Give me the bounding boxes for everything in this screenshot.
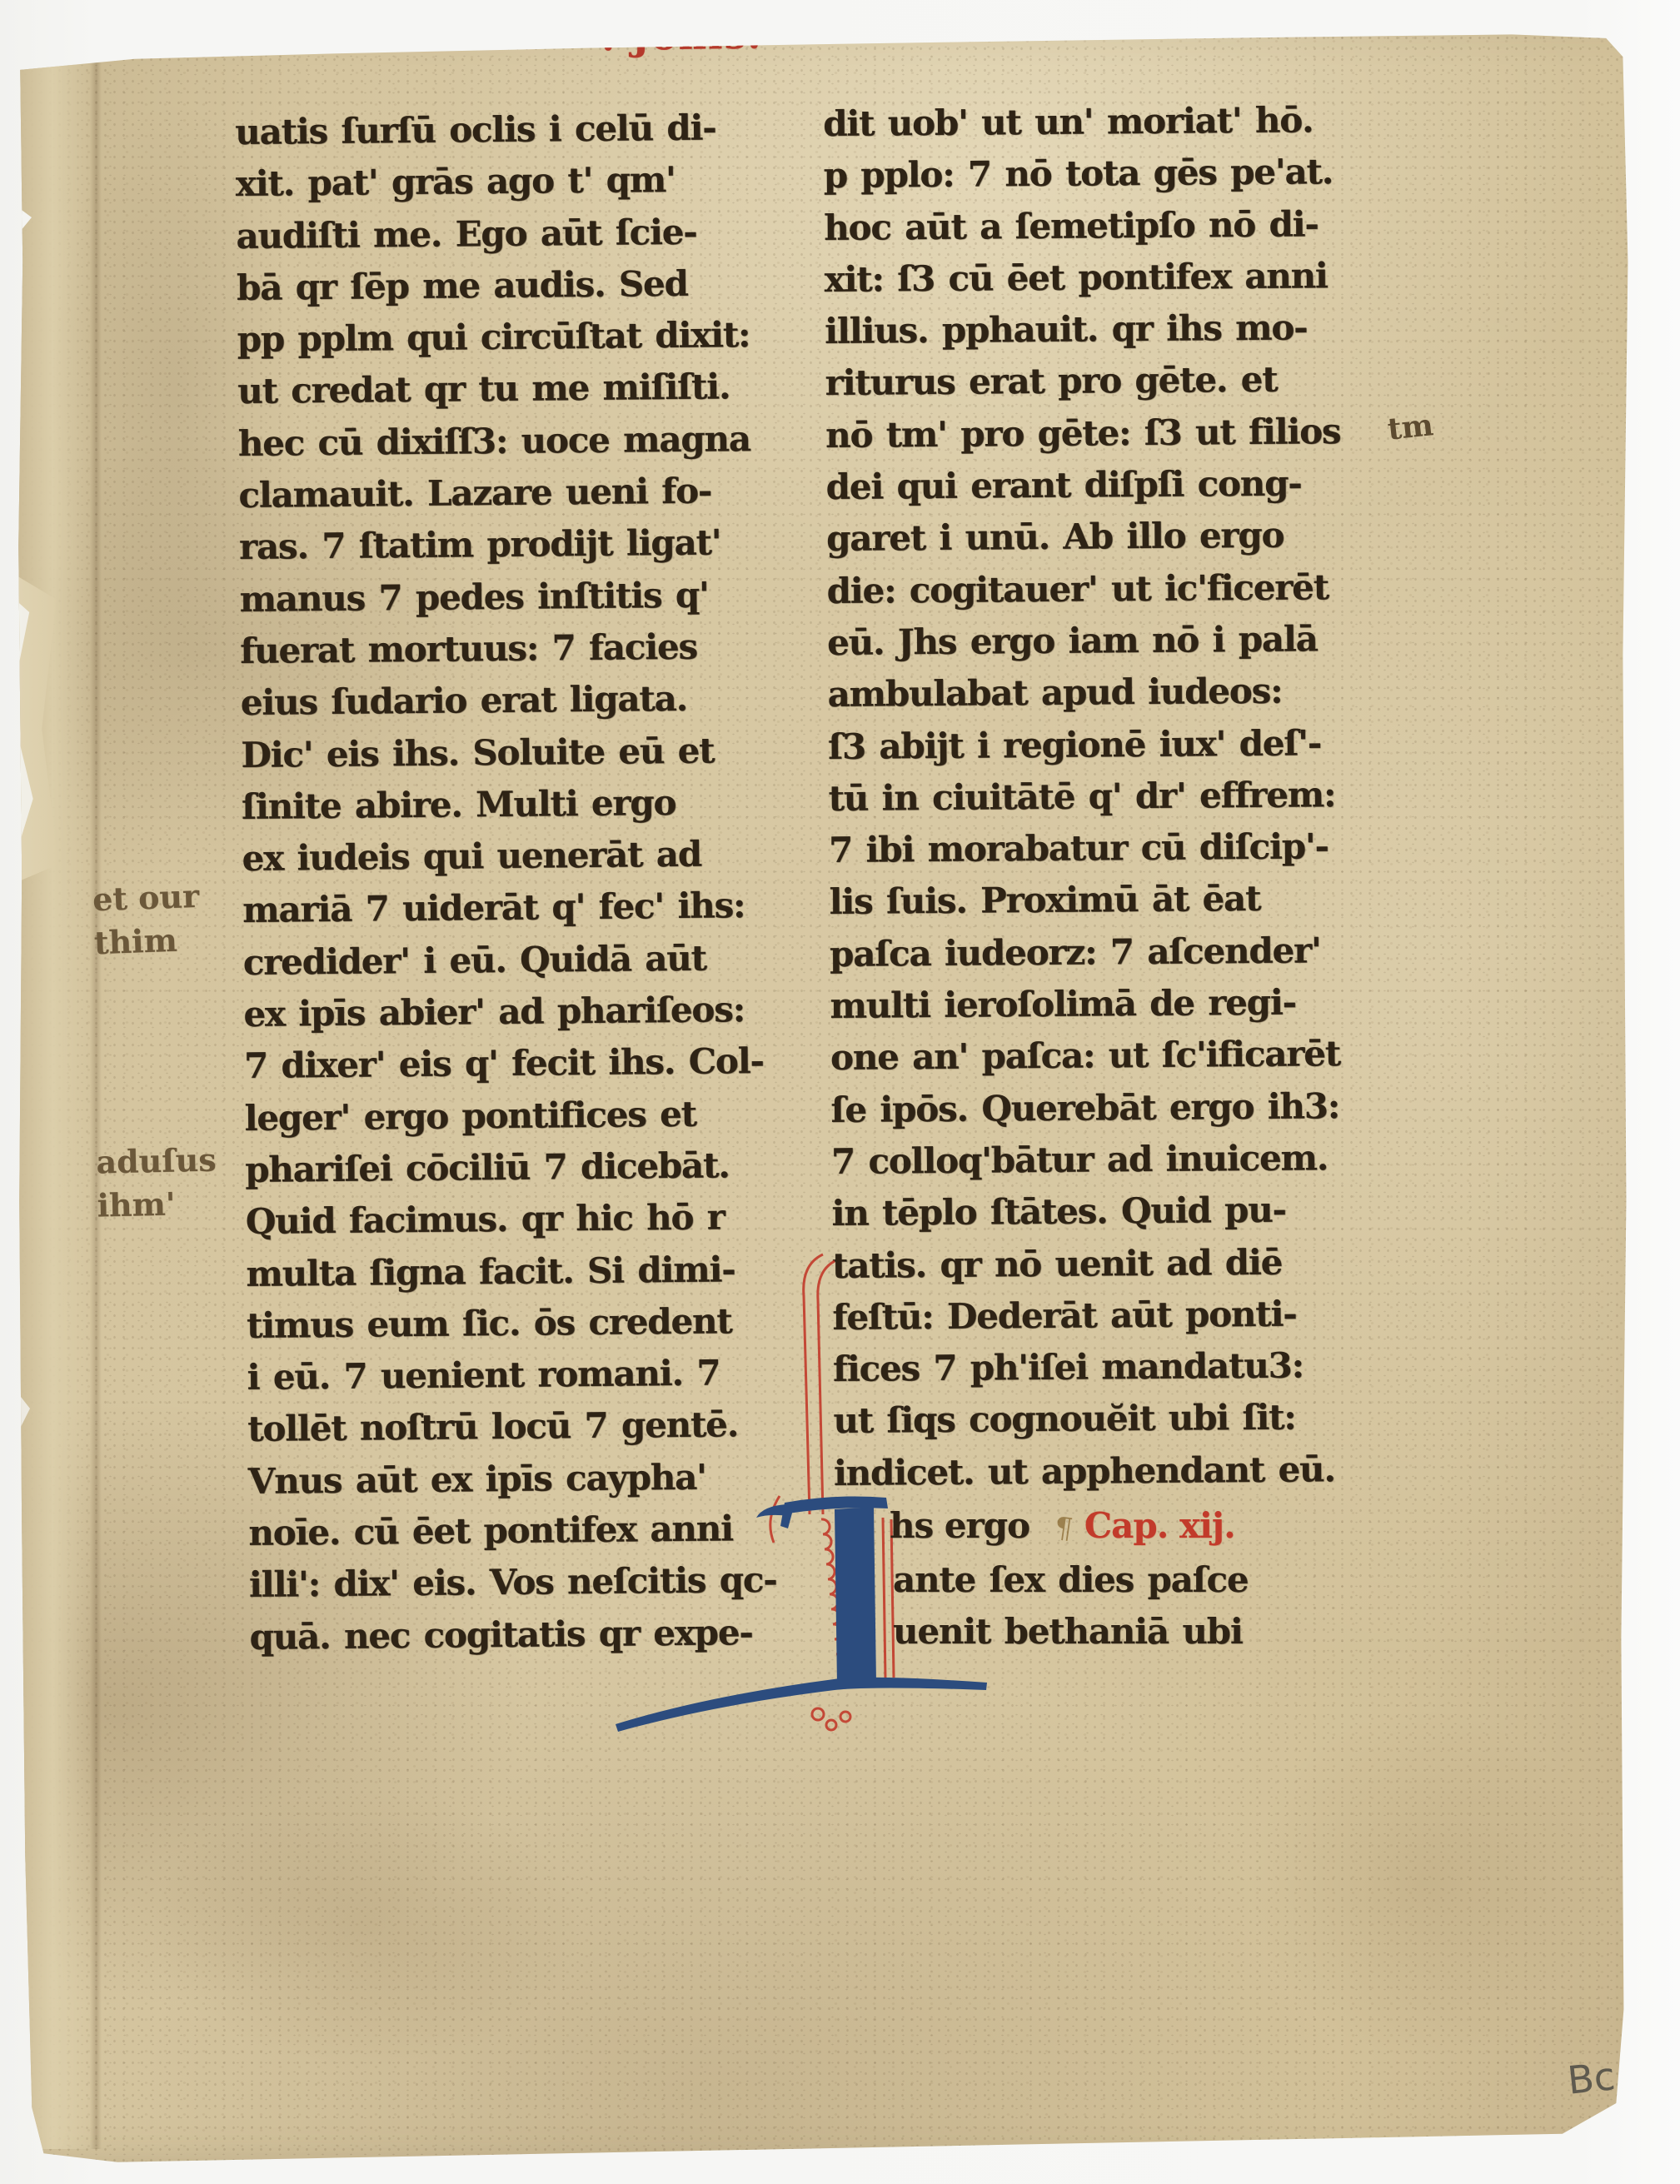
margin-note-line: thim <box>93 918 202 965</box>
manuscript-line: dei qui erant diſpſi cong- <box>825 457 1413 514</box>
manuscript-line: uenit bethaniā ubi <box>823 1606 1411 1658</box>
chapter-opening-lines: ante ſex dies paſceuenit bethaniā ubi <box>823 1554 1411 1658</box>
manuscript-line: ex iudeis qui uenerāt ad <box>242 827 819 885</box>
manuscript-line: bā qr ſēp me audis. Sed <box>237 257 814 314</box>
manuscript-line: 7 dixer' eis q' fecit ihs. Col- <box>244 1035 821 1093</box>
parchment-stain <box>1249 1708 1599 2057</box>
manuscript-line: illius. pphauit. qr ihs mo- <box>825 302 1413 358</box>
manuscript-line: xit. pat' grās ago t' qm' <box>236 153 813 211</box>
manuscript-line: nō tm' pro gēte: ſ3 ut filios <box>825 405 1413 461</box>
manuscript-line: p pplo: 7 nō tota gēs pe'at. <box>823 146 1411 202</box>
parchment-stain <box>150 1791 583 2066</box>
manuscript-line: 7 colloq'bātur ad inuicem. <box>831 1131 1419 1188</box>
gutter-crease <box>90 58 102 2149</box>
manuscript-line: eū. Jhs ergo iam nō i palā <box>827 612 1415 669</box>
parchment-leaf: . Johis. uatis ſurſū oclis i celū di-xit… <box>0 0 1680 2184</box>
manuscript-line: ambulabat apud iudeos: <box>827 665 1415 721</box>
margin-note-adusus-ihm: aduſus ihm' <box>96 1139 217 1228</box>
manuscript-line: clamauit. Lazare ueni fo- <box>238 464 815 521</box>
verse-start-text: hs ergo <box>890 1505 1029 1546</box>
manuscript-line: lis ſuis. Proximū āt ēat <box>829 872 1417 929</box>
manuscript-line: multi ieroſolimā de regi- <box>830 975 1418 1032</box>
margin-note-line: aduſus <box>96 1139 217 1184</box>
manuscript-line: ex ipīs abier' ad phariſeos: <box>243 983 820 1040</box>
manuscript-line: leger' ergo pontifices et <box>244 1087 821 1144</box>
manuscript-line: fuerat mortuus: 7 facies <box>240 620 817 677</box>
manuscript-line: mariā 7 uiderāt q' fec' ihs: <box>242 880 820 937</box>
manuscript-line: ſe ipōs. Querebāt ergo ih3: <box>830 1080 1418 1136</box>
manuscript-line: audiſti me. Ego aūt ſcie- <box>236 205 813 262</box>
chapter-rubric: Cap. xij. <box>1084 1505 1235 1546</box>
manuscript-line: paſca iudeorz: 7 aſcender' <box>830 924 1418 980</box>
manuscript-line: 7 ibi morabatur cū diſcip'- <box>829 820 1417 877</box>
manuscript-line: die: cogitauer' ut ic'ficerēt <box>826 561 1414 617</box>
chapter-opening-row: hs ergo¶Cap. xij. <box>823 1499 1411 1553</box>
manuscript-line: garet i unū. Ab illo ergo <box>826 509 1414 566</box>
manuscript-line: ſ3 abijt i regionē iux' deſ'- <box>828 716 1416 773</box>
manuscript-line: phariſei cōciliū 7 dicebāt. <box>245 1139 822 1196</box>
manuscript-line: xit: ſ3 cū ēet pontifex anni <box>824 249 1412 306</box>
manuscript-line: ras. 7 ſtatim prodijt ligat' <box>239 516 816 574</box>
manuscript-line: eius ſudario erat ligata. <box>241 672 818 730</box>
binding-gutter <box>18 58 95 2149</box>
manuscript-line: credider' i eū. Quidā aūt <box>243 931 820 989</box>
manuscript-line: ſinite abire. Multi ergo <box>242 775 819 833</box>
manuscript-line: uatis ſurſū oclis i celū di- <box>235 101 812 158</box>
illuminated-initial-i <box>608 1216 1008 1741</box>
manuscript-line: pp pplm qui circūſtat dixit: <box>237 309 814 366</box>
paraph-mark-icon: ¶ <box>1051 1501 1076 1556</box>
manuscript-line: Dic' eis ihs. Soluite eū et <box>241 724 818 781</box>
manuscript-line: ut credat qr tu me miſiſti. <box>237 361 815 418</box>
manuscript-line: one an' paſca: ut ſc'ificarēt <box>830 1028 1418 1085</box>
manuscript-line: hoc aūt a ſemetipſo nō di- <box>824 197 1412 254</box>
manuscript-line: riturus erat pro gēte. et <box>825 353 1413 410</box>
pencil-inscription: Bc <box>1565 2053 1617 2103</box>
manuscript-scan: . Johis. uatis ſurſū oclis i celū di-xit… <box>0 0 1680 2184</box>
margin-note-line: ihm' <box>97 1181 217 1227</box>
manuscript-line: dit uob' ut un' moriat' hō. <box>823 93 1411 150</box>
manuscript-line: manus 7 pedes inſtitis q' <box>239 568 816 626</box>
manuscript-line: hec cū dixiſſ3: uoce magna <box>238 412 815 470</box>
margin-note-et-our-thim: et our thim <box>92 875 202 965</box>
manuscript-line: ante ſex dies paſce <box>823 1554 1411 1606</box>
running-title: . Johis. <box>601 12 763 60</box>
margin-correction-tm: tm <box>1386 407 1435 446</box>
manuscript-line: tū in ciuitātē q' dr' effrem: <box>828 768 1416 825</box>
margin-note-line: et our <box>92 875 200 921</box>
